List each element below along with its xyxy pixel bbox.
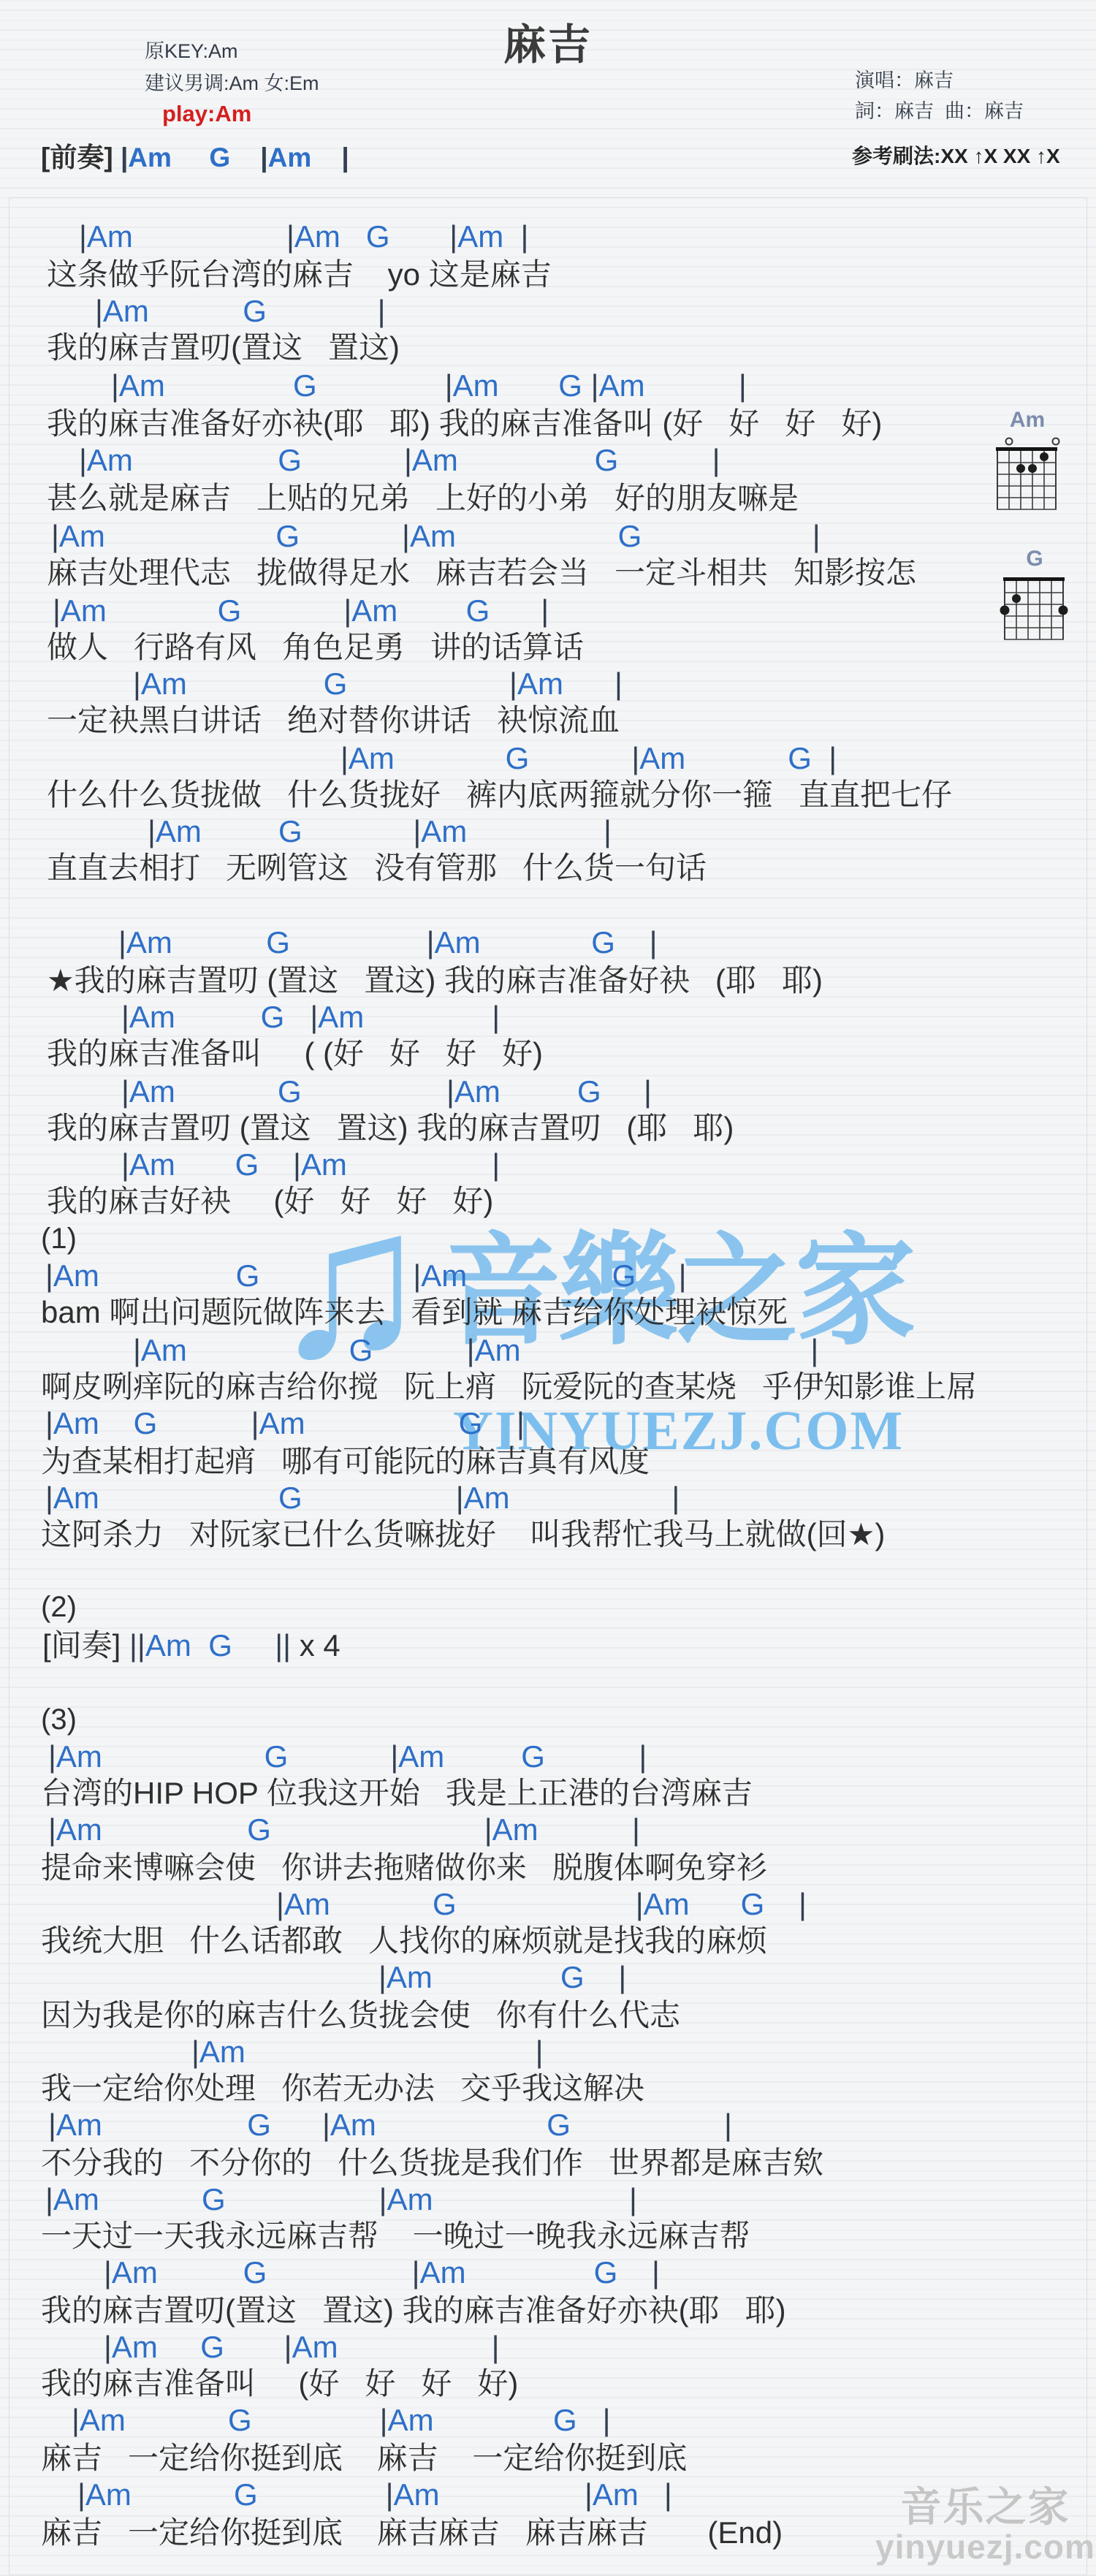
chord-line: |Am G |Am G | xyxy=(72,2403,611,2437)
lyric-line: 我的麻吉好袂 (好 好 好 好) xyxy=(47,1184,493,1218)
lyric-line: 啊皮咧痒阮的麻吉给你搅 阮上痟 阮爱阮的查某烧 乎伊知影谁上屌 xyxy=(41,1369,977,1404)
g-chord-grid xyxy=(998,576,1071,645)
lyric-line: ★我的麻吉置叨 (置这 置这) 我的麻吉准备好袂 (耶 耶) xyxy=(47,963,823,998)
chord-line: |Am G |Am G | xyxy=(79,443,720,477)
chord-line: |Am G |Am | xyxy=(104,2330,500,2364)
lyric-line: 麻吉处理代志 拢做得足水 麻吉若会当 一定斗相共 知影按怎 xyxy=(47,555,916,590)
g-chord-label: G xyxy=(998,547,1071,571)
play-key: play:Am xyxy=(162,101,251,127)
lyric-line: 麻吉 一定给你挺到底 麻吉麻吉 麻吉麻吉 (End) xyxy=(41,2515,783,2550)
chord-line: |Am G |Am | xyxy=(133,666,623,701)
lyric-line: 麻吉 一定给你挺到底 麻吉 一定给你挺到底 xyxy=(41,2441,687,2475)
chord-line: |Am G |Am G | xyxy=(45,1258,687,1293)
lyric-line: 这条做乎阮台湾的麻吉 yo 这是麻吉 xyxy=(47,257,552,292)
chord-line: |Am G |Am G | xyxy=(48,1739,647,1774)
chord-line: |Am G |Am |Am | xyxy=(77,2477,672,2512)
lyric-line: 我的麻吉准备叫 (好 好 好 好) xyxy=(41,2366,518,2401)
am-chord-grid xyxy=(991,437,1064,513)
lyric-line: 我一定给你处理 你若无办法 交乎我这解决 xyxy=(41,2071,644,2105)
lyric-line: 我的麻吉置叨(置这 置这) 我的麻吉准备好亦袂(耶 耶) xyxy=(41,2293,786,2328)
g-chord-diagram: G xyxy=(998,547,1071,648)
chord-line: |Am G |Am G | xyxy=(104,2255,660,2290)
lyric-line: 我统大胆 什么话都敢 人找你的麻烦就是找我的麻烦 xyxy=(41,1923,767,1958)
section-label: (3) xyxy=(41,1703,77,1737)
chord-line: |Am G |Am G | xyxy=(340,741,837,775)
suggested-key: 建议男调:Am 女:Em xyxy=(145,67,319,96)
chord-line: |Am | xyxy=(191,2034,544,2069)
lyric-line: 直直去相打 无咧管这 没有管那 什么货一句话 xyxy=(47,851,707,885)
chord-line: |Am G |Am G | xyxy=(276,1887,807,1921)
lyric-line: bam 啊出问题阮做阵来去 看到就 麻吉给你处理袂惊死 xyxy=(41,1295,788,1329)
am-chord-label: Am xyxy=(991,408,1064,433)
chord-line: |Am G |Am G | xyxy=(118,925,658,960)
lyric-line: 我的麻吉准备叫 ( (好 好 好 好) xyxy=(47,1036,543,1071)
performer: 演唱：麻吉 xyxy=(855,64,954,93)
chord-sheet-page: 麻吉 原KEY:Am 建议男调:Am 女:Em play:Am 演唱：麻吉 詞：… xyxy=(0,0,1096,2576)
chord-line: |Am G |Am | xyxy=(121,1147,500,1182)
chord-line: |Am G |Am G | xyxy=(45,1406,525,1440)
chord-line: |Am G |Am | xyxy=(133,1333,818,1367)
chord-line: |Am G |Am | xyxy=(45,2182,637,2216)
lyric-line: 一天过一天我永远麻吉帮 一晚过一晚我永远麻吉帮 xyxy=(41,2219,750,2253)
lyric-line: 不分我的 不分你的 什么货拢是我们作 世界都是麻吉欸 xyxy=(41,2146,823,2180)
lyric-line: 我的麻吉准备好亦袂(耶 耶) 我的麻吉准备叫 (好 好 好 好) xyxy=(47,406,882,441)
lyric-line: 我的麻吉置叨 (置这 置这) 我的麻吉置叨 (耶 耶) xyxy=(47,1111,734,1145)
watermark-corner: 音乐之家 yinyuezj.com xyxy=(875,2486,1095,2564)
section-label: (1) xyxy=(41,1222,77,1256)
chord-line: |Am G | xyxy=(95,294,386,328)
chord-line: |Am |Am G |Am | xyxy=(79,219,528,254)
lyric-line: 我的麻吉置叨(置这 置这) xyxy=(47,330,400,365)
strum-pattern: 参考刷法:XX ↑X XX ↑X xyxy=(852,140,1060,170)
chord-line: [间奏] ||Am G || x 4 xyxy=(42,1628,340,1663)
lyric-line: 一定袂黑白讲话 绝对替你讲话 袂惊流血 xyxy=(47,703,620,737)
credits: 詞：麻吉 曲：麻吉 xyxy=(855,95,1024,124)
chord-line: |Am G |Am G |Am | xyxy=(111,368,747,403)
chord-line: |Am G | xyxy=(378,1960,626,1994)
watermark-corner-brand: 音乐之家 xyxy=(875,2486,1095,2529)
am-chord-diagram: Am xyxy=(991,408,1064,517)
lyric-line: 做人 行路有风 角色足勇 讲的话算话 xyxy=(47,630,584,664)
lyric-line: 提命来博嘛会使 你讲去拖赌做你来 脱腹体啊免穿衫 xyxy=(41,1850,767,1885)
lyric-line: 什么什么货拢做 什么货拢好 裤内底两箍就分你一箍 直直把七仔 xyxy=(47,778,952,812)
lyric-line: 甚么就是麻吉 上贴的兄弟 上好的小弟 好的朋友嘛是 xyxy=(47,481,799,515)
lyric-line: 台湾的HIP HOP 位我这开始 我是上正港的台湾麻吉 xyxy=(41,1776,753,1810)
lyric-line: 这阿杀力 对阮家已什么货嘛拢好 叫我帮忙我马上就做(回★) xyxy=(41,1517,885,1551)
section-label: (2) xyxy=(41,1590,77,1625)
chord-line: |Am G |Am G | xyxy=(53,593,549,628)
chord-line: |Am G |Am | xyxy=(45,1481,680,1515)
chord-line: |Am G |Am | xyxy=(121,1000,500,1034)
chord-line: |Am G |Am | xyxy=(148,814,612,848)
intro-line: [前奏] |Am G |Am | xyxy=(41,140,349,175)
chord-line: |Am G |Am G | xyxy=(48,2108,732,2142)
original-key: 原KEY:Am xyxy=(145,35,238,64)
chord-line: |Am G |Am | xyxy=(48,1812,640,1847)
chord-line: |Am G |Am G | xyxy=(121,1074,652,1109)
lyric-line: 因为我是你的麻吉什么货拢会使 你有什么代志 xyxy=(41,1998,680,2032)
watermark-corner-site: yinyuezj.com xyxy=(875,2529,1095,2564)
lyric-line: 为查某相打起痟 哪有可能阮的麻吉真有风度 xyxy=(41,1444,650,1478)
chord-line: |Am G |Am G | xyxy=(51,519,821,553)
